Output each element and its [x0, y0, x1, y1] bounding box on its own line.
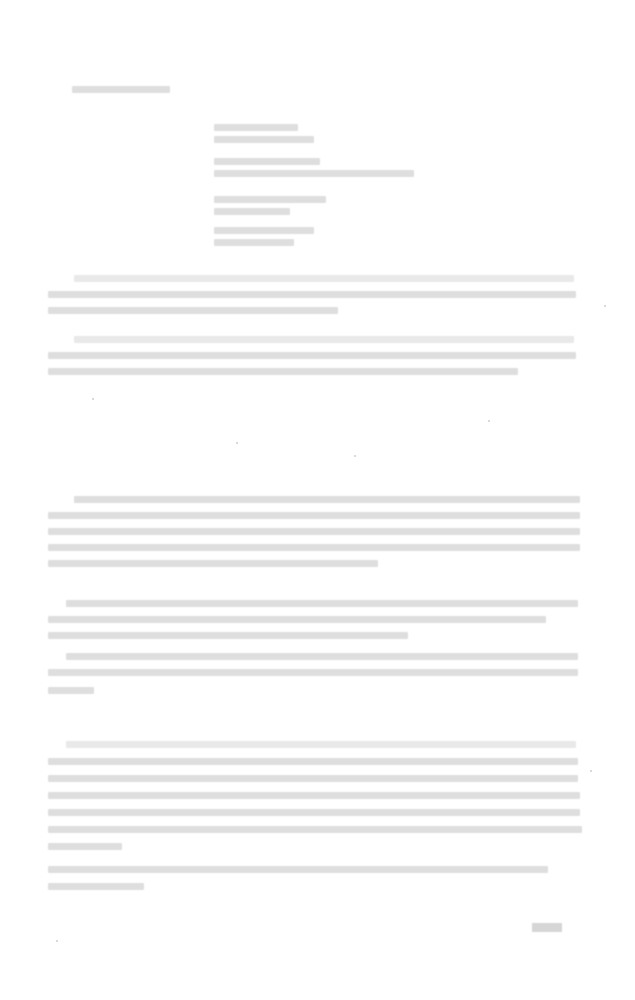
text-line	[66, 600, 578, 607]
text-line	[48, 669, 578, 676]
text-line	[48, 307, 338, 314]
text-line	[48, 512, 580, 519]
page-description: scanned book page	[0, 0, 1, 1]
text-line	[48, 775, 578, 782]
indented-line	[214, 158, 320, 165]
scan-speck	[604, 305, 606, 307]
indented-line	[214, 196, 326, 203]
text-line	[48, 616, 546, 623]
page-number	[532, 923, 562, 932]
text-line	[66, 741, 576, 748]
indented-line	[214, 227, 314, 234]
indented-line	[214, 208, 290, 215]
indented-line	[214, 136, 314, 143]
scan-speck	[488, 420, 490, 422]
indented-line	[214, 124, 298, 131]
indented-line	[214, 239, 294, 246]
indented-line	[214, 170, 414, 177]
text-line	[48, 687, 94, 694]
scan-speck	[236, 442, 238, 444]
scan-speck	[354, 455, 356, 457]
scan-speck	[56, 940, 58, 942]
text-line	[48, 792, 580, 799]
text-line	[48, 826, 582, 833]
text-line	[74, 496, 580, 503]
text-line	[48, 544, 580, 551]
text-line	[48, 368, 518, 375]
text-line	[48, 843, 122, 850]
scan-speck	[590, 770, 592, 772]
text-line	[66, 653, 578, 660]
text-line	[48, 758, 578, 765]
text-line	[48, 528, 580, 535]
text-line	[48, 866, 548, 873]
text-line	[48, 560, 378, 567]
text-line	[48, 632, 408, 639]
text-line	[74, 275, 574, 282]
text-line	[48, 291, 576, 298]
heading	[72, 86, 170, 93]
text-line	[48, 809, 580, 816]
scanned-page: scanned book page	[0, 0, 635, 1000]
text-line	[48, 352, 576, 359]
text-line	[74, 336, 574, 343]
text-line	[48, 883, 144, 890]
scan-speck	[92, 398, 94, 400]
